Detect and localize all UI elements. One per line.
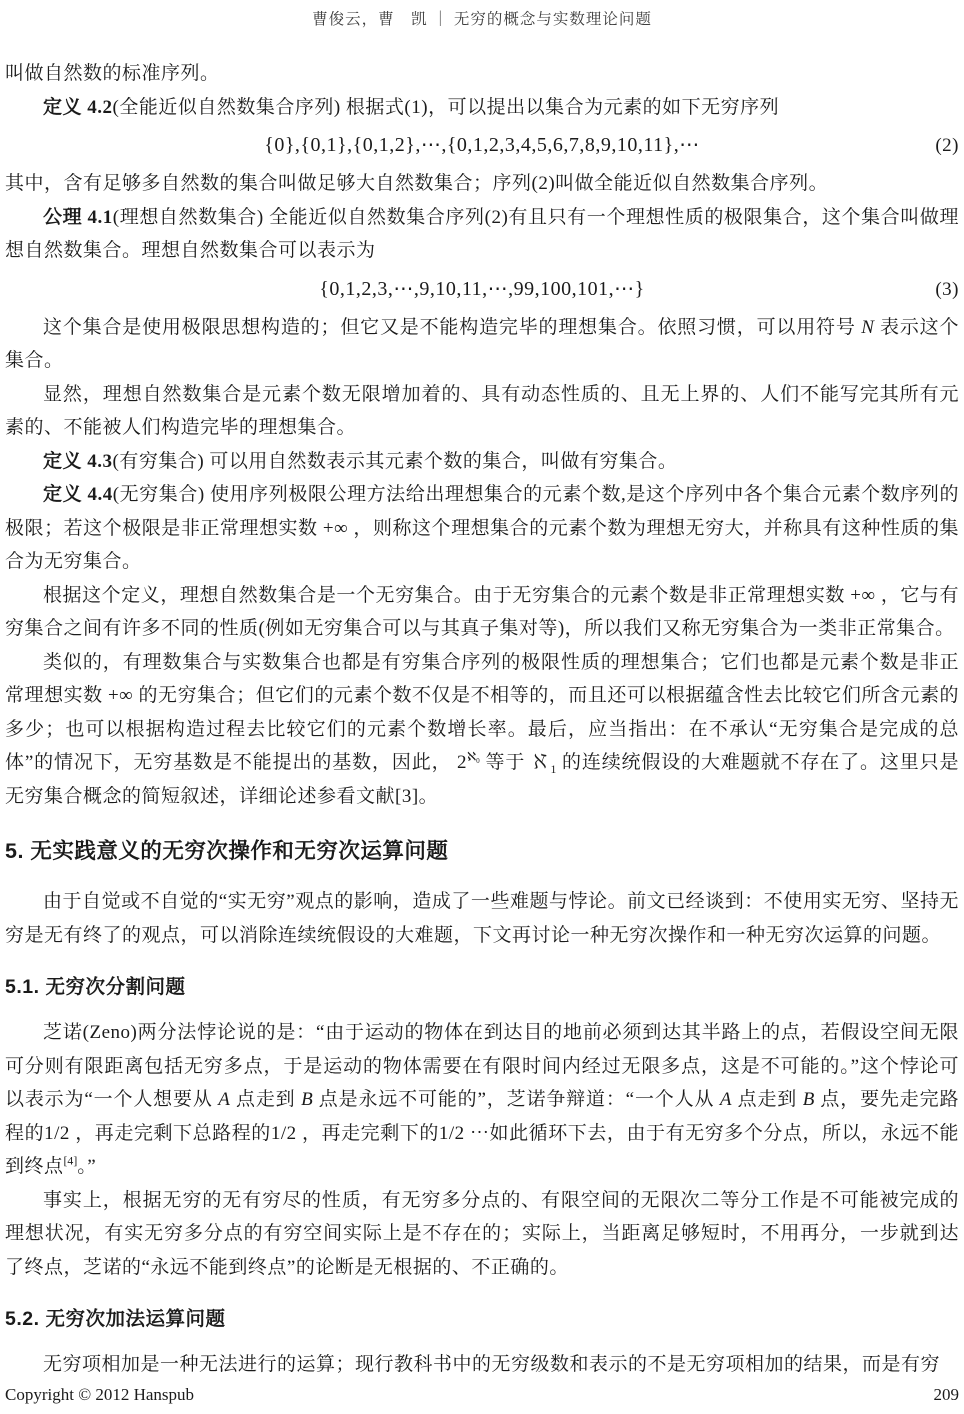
text-run: 叫做自然数的标准序列。 [5,63,220,84]
text-run: 点是永远不可能的”，芝诺争辩道：“一个人从 [313,1089,720,1110]
text-run: B [803,1089,815,1110]
text-run: 其中，含有足够多自然数的集合叫做足够大自然数集合；序列(2)叫做全能近似自然数集… [5,173,828,194]
text-run: B [301,1089,313,1110]
text-run: 事实上，根据无穷的无有穷尽的性质，有无穷多分点的、有限空间的无限次二等分工作是不… [5,1190,959,1278]
text-run: A [720,1089,732,1110]
section-heading: 5. 无实践意义的无穷次操作和无穷次运算问题 [5,838,959,864]
text-run: 。” [77,1156,96,1177]
text-run: 无穷项相加是一种无法进行的运算；现行教科书中的无穷级数和表示的不是无穷项相加的结… [43,1354,940,1375]
paragraph: 这个集合是使用极限思想构造的；但它又是不能构造完毕的理想集合。依照习惯，可以用符… [5,311,959,378]
text-run: 这个集合是使用极限思想构造的；但它又是不能构造完毕的理想集合。依照习惯，可以用符… [43,317,861,338]
paragraph: 类似的，有理数集合与实数集合也都是有穷集合序列的极限性质的理想集合；它们也都是元… [5,646,959,814]
text-run: 定义 4.4 [43,484,113,505]
text-run: 由于自觉或不自觉的“实无穷”观点的影响，造成了一些难题与悖论。前文已经谈到：不使… [5,891,959,946]
formula-body: {0},{0,1},{0,1,2},⋯,{0,1,2,3,4,5,6,7,8,9… [264,134,700,156]
text-run: A [218,1089,230,1110]
paragraph: 公理 4.1(理想自然数集合) 全能近似自然数集合序列(2)有且只有一个理想性质… [5,201,959,268]
text-run: 公理 4.1 [43,207,113,228]
copyright-text: Copyright © 2012 Hanspub [5,1385,194,1405]
page-number: 209 [934,1385,960,1405]
formula-number: (2) [935,128,959,163]
text-run: 点走到 [230,1089,301,1110]
subsection-heading: 5.2. 无穷次加法运算问题 [5,1307,959,1331]
text-run: N [861,317,874,338]
subsection-heading: 5.1. 无穷次分割问题 [5,975,959,999]
paragraph: 定义 4.3(有穷集合) 可以用自然数表示其元素个数的集合，叫做有穷集合。 [5,445,959,479]
page-footer: Copyright © 2012 Hanspub 209 [5,1385,959,1405]
paragraph: 由于自觉或不自觉的“实无穷”观点的影响，造成了一些难题与悖论。前文已经谈到：不使… [5,885,959,952]
text-run: 定义 4.3 [43,451,113,472]
text-run: ℵ₀ [467,751,480,764]
text-run: (理想自然数集合) 全能近似自然数集合序列(2)有且只有一个理想性质的极限集合，… [5,207,959,262]
text-run: (全能近似自然数集合序列) 根据式(1)，可以提出以集合为元素的如下无穷序列 [113,97,780,118]
paragraph: 芝诺(Zeno)两分法悖论说的是：“由于运动的物体在到达目的地前必须到达其半路上… [5,1016,959,1184]
paragraph: 无穷项相加是一种无法进行的运算；现行教科书中的无穷级数和表示的不是无穷项相加的结… [5,1348,959,1382]
paragraph: 定义 4.4(无穷集合) 使用序列极限公理方法给出理想集合的元素个数,是这个序列… [5,478,959,579]
formula-number: (3) [935,272,959,307]
text-run: 显然，理想自然数集合是元素个数无限增加着的、具有动态性质的、且无上界的、人们不能… [5,384,959,439]
text-run: 点走到 [732,1089,803,1110]
formula-body: {0,1,2,3,⋯,9,10,11,⋯,99,100,101,⋯} [319,278,644,300]
text-run: (无穷集合) 使用序列极限公理方法给出理想集合的元素个数,是这个序列中各个集合元… [5,484,959,572]
text-run: 定义 4.2 [43,97,113,118]
paragraph: 根据这个定义，理想自然数集合是一个无穷集合。由于无穷集合的元素个数是非正常理想实… [5,579,959,646]
running-header: 曹俊云，曹 凯 ｜ 无穷的概念与实数理论问题 [0,0,964,29]
paragraph: 显然，理想自然数集合是元素个数无限增加着的、具有动态性质的、且无上界的、人们不能… [5,378,959,445]
text-run: (有穷集合) 可以用自然数表示其元素个数的集合，叫做有穷集合。 [113,451,678,472]
page-content: 叫做自然数的标准序列。定义 4.2(全能近似自然数集合序列) 根据式(1)，可以… [0,57,964,1382]
paragraph: 叫做自然数的标准序列。 [5,57,959,91]
formula: {0},{0,1},{0,1,2},⋯,{0,1,2,3,4,5,6,7,8,9… [5,128,959,163]
paragraph: 其中，含有足够多自然数的集合叫做足够大自然数集合；序列(2)叫做全能近似自然数集… [5,167,959,201]
text-run: [4] [64,1155,78,1168]
formula: {0,1,2,3,⋯,9,10,11,⋯,99,100,101,⋯}(3) [5,272,959,307]
text-run: 等于 [480,752,531,773]
text-run: 根据这个定义，理想自然数集合是一个无穷集合。由于无穷集合的元素个数是非正常理想实… [5,585,959,640]
paragraph: 定义 4.2(全能近似自然数集合序列) 根据式(1)，可以提出以集合为元素的如下… [5,91,959,125]
text-run: ℵ [531,752,551,773]
running-header-title: 曹俊云，曹 凯 ｜ 无穷的概念与实数理论问题 [312,11,652,28]
paragraph: 事实上，根据无穷的无有穷尽的性质，有无穷多分点的、有限空间的无限次二等分工作是不… [5,1184,959,1285]
